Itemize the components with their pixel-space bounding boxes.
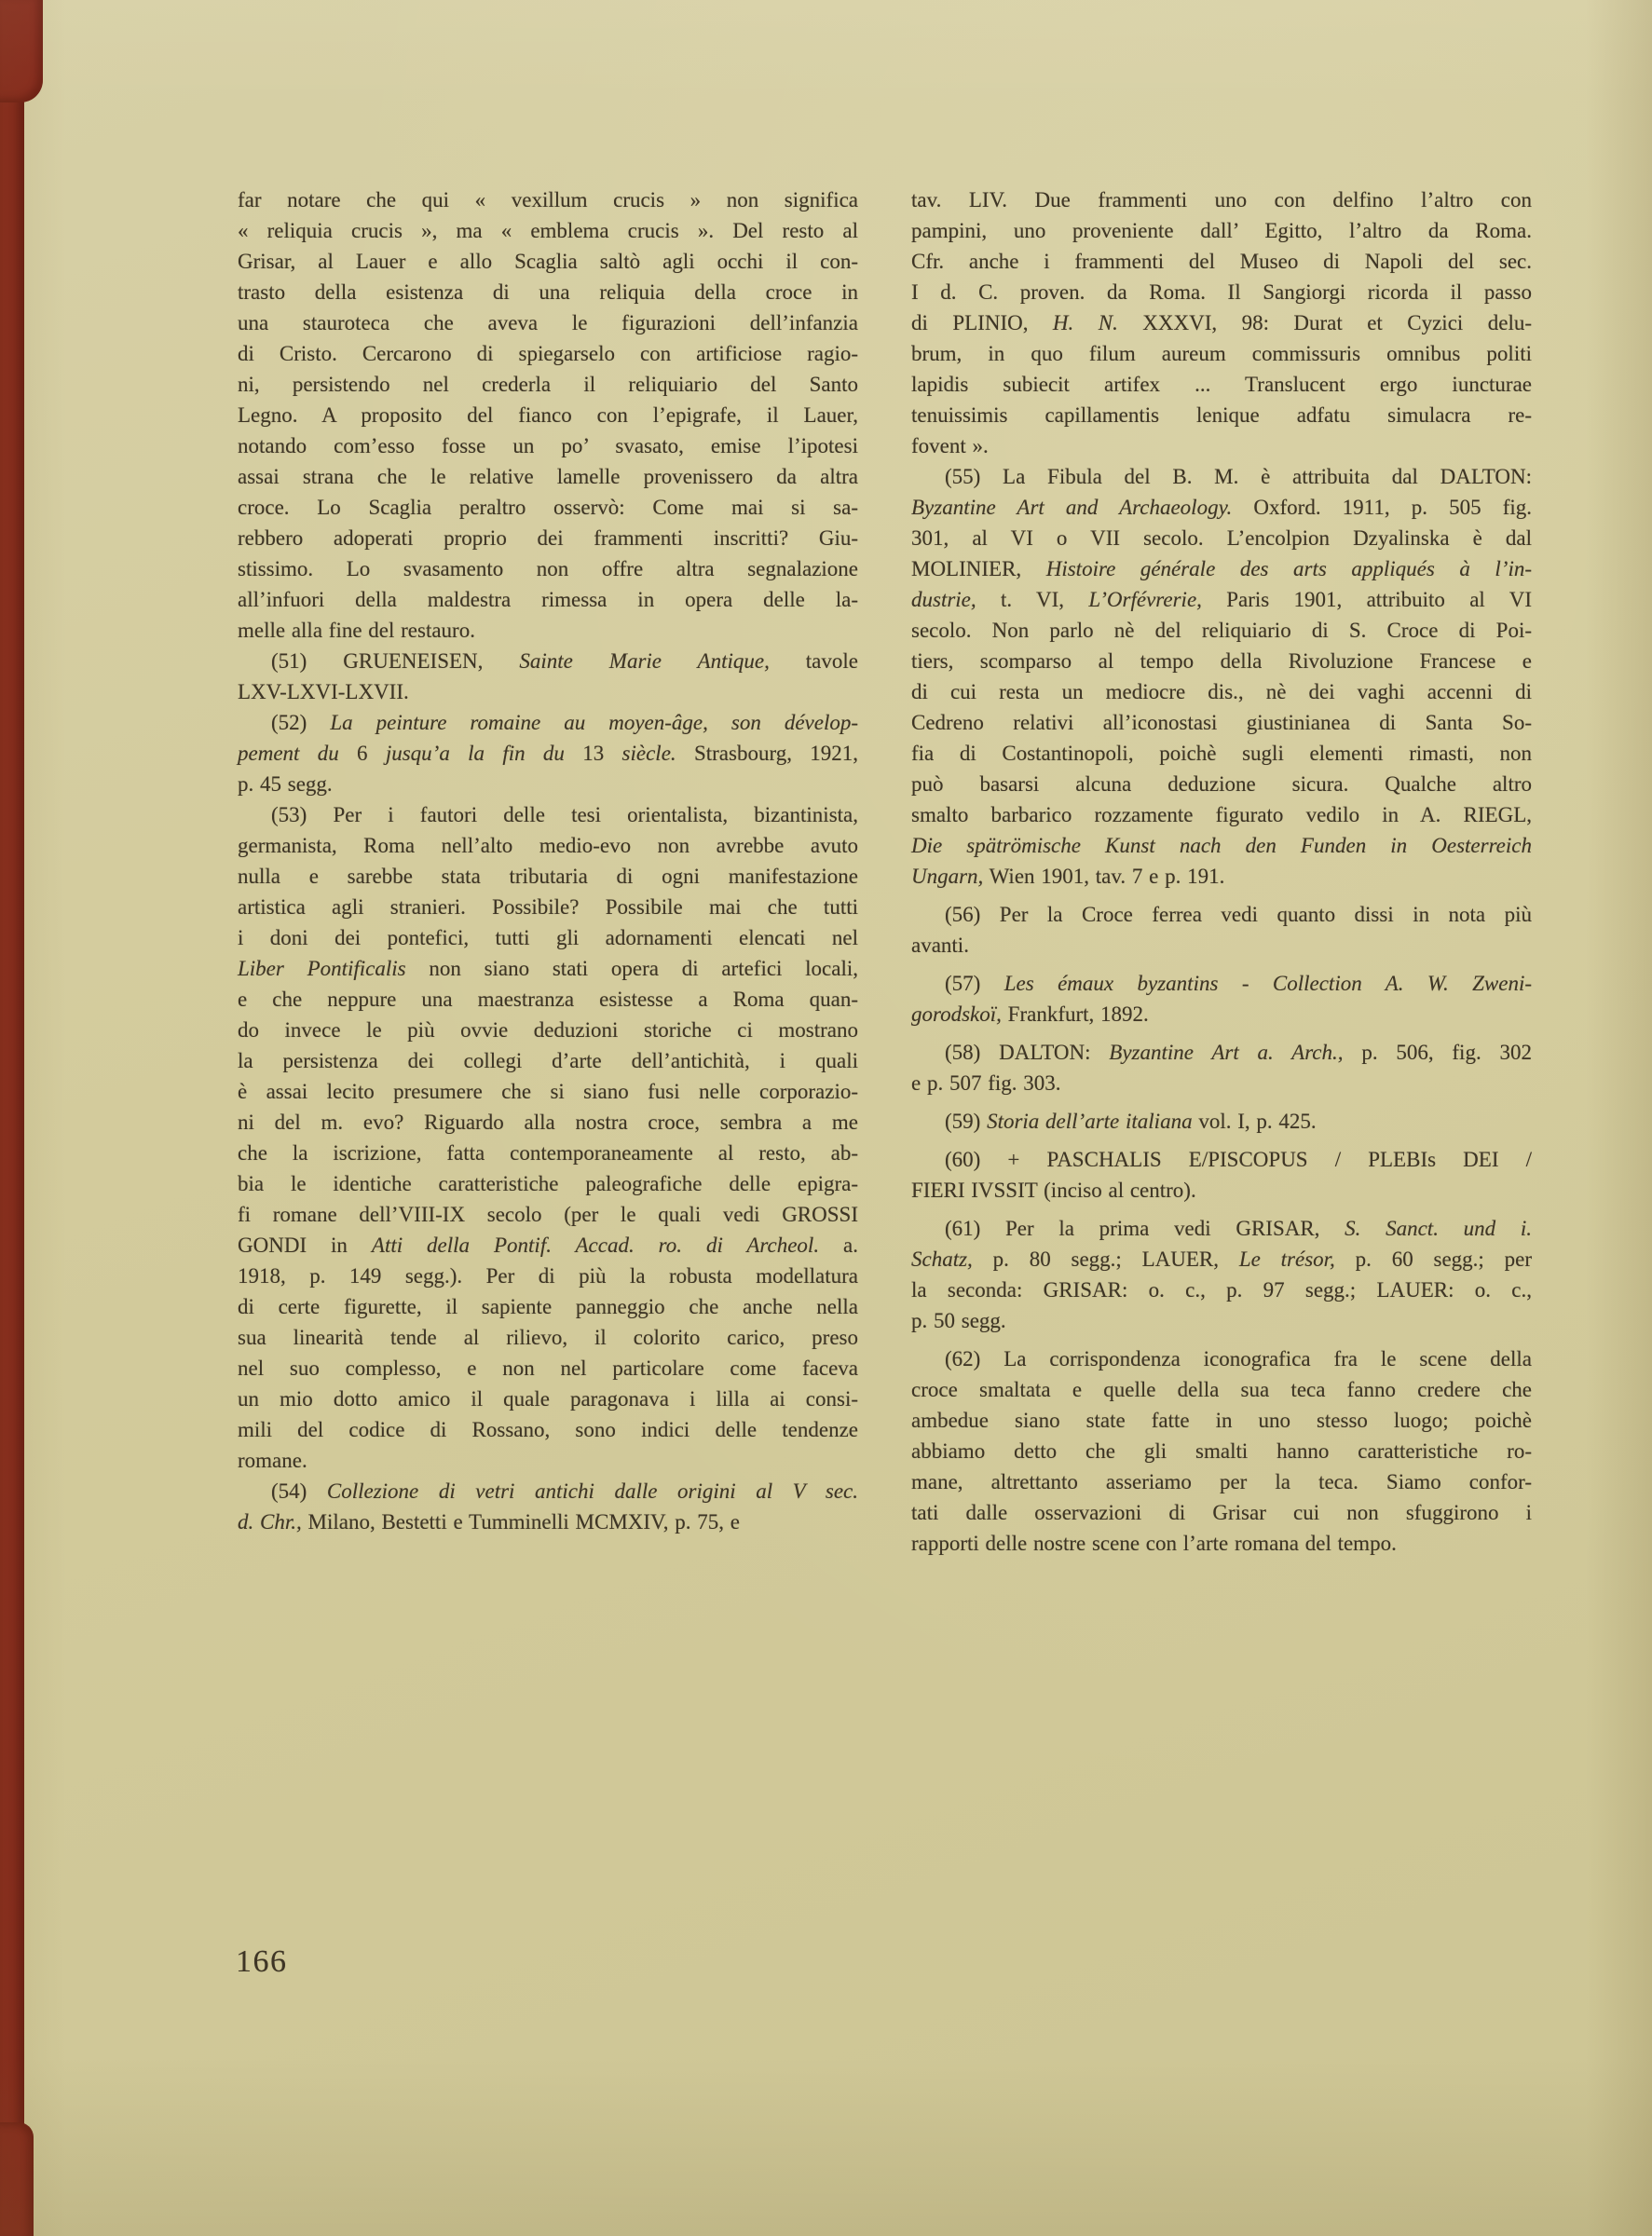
text-line: nel suo complesso, e non nel particolare… [238, 1353, 858, 1384]
text-line: bia le identiche caratteristiche paleogr… [238, 1168, 858, 1199]
text-line: d. Chr., Milano, Bestetti e Tumminelli M… [238, 1507, 858, 1537]
text-line: romane. [238, 1445, 858, 1476]
text-line: p. 50 segg. [911, 1305, 1532, 1336]
text-line: e che neppure una maestranza esistesse a… [238, 984, 858, 1015]
text-line: (61) Per la prima vedi GRISAR, S. Sanct.… [911, 1213, 1532, 1244]
text-line: rebbero adoperati proprio dei frammenti … [238, 523, 858, 553]
text-line: (58) DALTON: Byzantine Art a. Arch., p. … [911, 1037, 1532, 1068]
text-line: ni, persistendo nel crederla il reliquia… [238, 369, 858, 400]
text-line: un mio dotto amico il quale paragonava i… [238, 1384, 858, 1414]
text-line: Die spätrömische Kunst nach den Funden i… [911, 830, 1532, 861]
text-line: Schatz, p. 80 segg.; LAUER, Le trésor, p… [911, 1244, 1532, 1275]
text-line: Liber Pontificalis non siano stati opera… [238, 953, 858, 984]
text-line: (53) Per i fautori delle tesi orientalis… [238, 799, 858, 830]
text-line: Byzantine Art and Archaeology. Oxford. 1… [911, 492, 1532, 523]
text-line: 301, al VI o VII secolo. L’encolpion Dzy… [911, 523, 1532, 553]
text-line: nulla e sarebbe stata tributaria di ogni… [238, 861, 858, 892]
text-line: (52) La peinture romaine au moyen-âge, s… [238, 707, 858, 738]
paragraph: (62) La corrispondenza iconografica fra … [911, 1343, 1532, 1559]
text-line: i doni dei pontefici, tutti gli adorname… [238, 922, 858, 953]
text-line: (62) La corrispondenza iconografica fra … [911, 1343, 1532, 1374]
text-line: (57) Les émaux byzantins - Collection A.… [911, 968, 1532, 999]
page-number: 166 [236, 1943, 288, 1981]
text-line: melle alla fine del restauro. [238, 615, 858, 646]
paragraph: (60) + PASCHALIS E/PISCOPUS / PLEBIs DEI… [911, 1144, 1532, 1206]
text-line: è assai lecito presumere che si siano fu… [238, 1076, 858, 1107]
page-content: far notare che qui « vexillum crucis » n… [0, 0, 1652, 2236]
text-line: GONDI in Atti della Pontif. Accad. ro. d… [238, 1230, 858, 1261]
text-line: germanista, Roma nell’alto medio-evo non… [238, 830, 858, 861]
text-line: Ungarn, Wien 1901, tav. 7 e p. 191. [911, 861, 1532, 892]
text-line: artistica agli stranieri. Possibile? Pos… [238, 892, 858, 922]
paragraph: (51) GRUENEISEN, Sainte Marie Antique, t… [238, 646, 858, 707]
text-line: tav. LIV. Due frammenti uno con delfino … [911, 184, 1532, 215]
text-line: dustrie, t. VI, L’Orfévrerie, Paris 1901… [911, 584, 1532, 615]
text-line: smalto barbarico rozzamente figurato ved… [911, 799, 1532, 830]
text-line: ambedue siano state fatte in uno stesso … [911, 1405, 1532, 1436]
text-line: mili del codice di Rossano, sono indici … [238, 1414, 858, 1445]
text-line: ni del m. evo? Riguardo alla nostra croc… [238, 1107, 858, 1138]
paragraph: (56) Per la Croce ferrea vedi quanto dis… [911, 899, 1532, 961]
text-line: abbiamo detto che gli smalti hanno carat… [911, 1436, 1532, 1466]
book-page-scan: far notare che qui « vexillum crucis » n… [0, 0, 1652, 2236]
text-line: MOLINIER, Histoire générale des arts app… [911, 553, 1532, 584]
text-line: può basarsi alcuna deduzione sicura. Qua… [911, 769, 1532, 799]
text-line: rapporti delle nostre scene con l’arte r… [911, 1528, 1532, 1559]
text-line: assai strana che le relative lamelle pro… [238, 461, 858, 492]
text-line: do invece le più ovvie deduzioni storich… [238, 1015, 858, 1045]
text-column-left: far notare che qui « vexillum crucis » n… [238, 184, 858, 1537]
text-line: la seconda: GRISAR: o. c., p. 97 segg.; … [911, 1275, 1532, 1305]
text-line: pampini, uno proveniente dall’ Egitto, l… [911, 215, 1532, 246]
paragraph: (55) La Fibula del B. M. è attribuita da… [911, 461, 1532, 892]
text-line: croce smaltata e quelle della sua teca f… [911, 1374, 1532, 1405]
text-line: p. 45 segg. [238, 769, 858, 799]
text-line: trasto della esistenza di una reliquia d… [238, 277, 858, 307]
text-line: mane, altrettanto asseriamo per la teca.… [911, 1466, 1532, 1497]
text-line: lapidis subiecit artifex ... Translucent… [911, 369, 1532, 400]
text-line: Legno. A proposito del fianco con l’epig… [238, 400, 858, 430]
paragraph: (52) La peinture romaine au moyen-âge, s… [238, 707, 858, 799]
text-line: (60) + PASCHALIS E/PISCOPUS / PLEBIs DEI… [911, 1144, 1532, 1175]
text-line: e p. 507 fig. 303. [911, 1068, 1532, 1098]
text-line: Grisar, al Lauer e allo Scaglia saltò ag… [238, 246, 858, 277]
text-line: all’infuori della maldestra rimessa in o… [238, 584, 858, 615]
paragraph: (53) Per i fautori delle tesi orientalis… [238, 799, 858, 1476]
text-line: sua linearità tende al rilievo, il color… [238, 1322, 858, 1353]
paragraph: (54) Collezione di vetri antichi dalle o… [238, 1476, 858, 1537]
text-line: I d. C. proven. da Roma. Il Sangiorgi ri… [911, 277, 1532, 307]
text-line: Cedreno relativi all’iconostasi giustini… [911, 707, 1532, 738]
paragraph: (59) Storia dell’arte italiana vol. I, p… [911, 1106, 1532, 1137]
paragraph: far notare che qui « vexillum crucis » n… [238, 184, 858, 646]
text-line: la persistenza dei collegi d’arte dell’a… [238, 1045, 858, 1076]
text-line: di PLINIO, H. N. XXXVI, 98: Durat et Cyz… [911, 307, 1532, 338]
text-line: avanti. [911, 930, 1532, 961]
text-line: tenuissimis capillamentis lenique adfatu… [911, 400, 1532, 430]
text-line: far notare che qui « vexillum crucis » n… [238, 184, 858, 215]
paragraph: (57) Les émaux byzantins - Collection A.… [911, 968, 1532, 1029]
text-line: fia di Costantinopoli, poichè sugli elem… [911, 738, 1532, 769]
text-line: di certe figurette, il sapiente panneggi… [238, 1291, 858, 1322]
text-line: pement du 6 jusqu’a la fin du 13 siècle.… [238, 738, 858, 769]
text-line: (55) La Fibula del B. M. è attribuita da… [911, 461, 1532, 492]
text-line: gorodskoï, Frankfurt, 1892. [911, 999, 1532, 1029]
paragraph: tav. LIV. Due frammenti uno con delfino … [911, 184, 1532, 461]
text-line: di Cristo. Cercarono di spiegarselo con … [238, 338, 858, 369]
text-line: (51) GRUENEISEN, Sainte Marie Antique, t… [238, 646, 858, 676]
text-line: (56) Per la Croce ferrea vedi quanto dis… [911, 899, 1532, 930]
paragraph: (58) DALTON: Byzantine Art a. Arch., p. … [911, 1037, 1532, 1098]
text-line: FIERI IVSSIT (inciso al centro). [911, 1175, 1532, 1206]
text-line: notando com’esso fosse un po’ svasato, e… [238, 430, 858, 461]
text-line: LXV-LXVI-LXVII. [238, 676, 858, 707]
text-line: Cfr. anche i frammenti del Museo di Napo… [911, 246, 1532, 277]
text-line: (59) Storia dell’arte italiana vol. I, p… [911, 1106, 1532, 1137]
text-line: stissimo. Lo svasamento non offre altra … [238, 553, 858, 584]
paragraph: (61) Per la prima vedi GRISAR, S. Sanct.… [911, 1213, 1532, 1336]
text-line: secolo. Non parlo nè del reliquiario di … [911, 615, 1532, 646]
text-line: fovent ». [911, 430, 1532, 461]
text-line: una stauroteca che aveva le figurazioni … [238, 307, 858, 338]
text-line: brum, in quo filum aureum commissuris om… [911, 338, 1532, 369]
text-line: (54) Collezione di vetri antichi dalle o… [238, 1476, 858, 1507]
text-line: 1918, p. 149 segg.). Per di più la robus… [238, 1261, 858, 1291]
text-line: « reliquia crucis », ma « emblema crucis… [238, 215, 858, 246]
text-line: tiers, scomparso al tempo della Rivoluzi… [911, 646, 1532, 676]
text-line: fi romane dell’VIII-IX secolo (per le qu… [238, 1199, 858, 1230]
text-column-right: tav. LIV. Due frammenti uno con delfino … [911, 184, 1532, 1559]
text-line: croce. Lo Scaglia peraltro osservò: Come… [238, 492, 858, 523]
text-line: di cui resta un mediocre dis., nè dei va… [911, 676, 1532, 707]
text-line: tati dalle osservazioni di Grisar cui no… [911, 1497, 1532, 1528]
text-line: che la iscrizione, fatta contemporaneame… [238, 1138, 858, 1168]
